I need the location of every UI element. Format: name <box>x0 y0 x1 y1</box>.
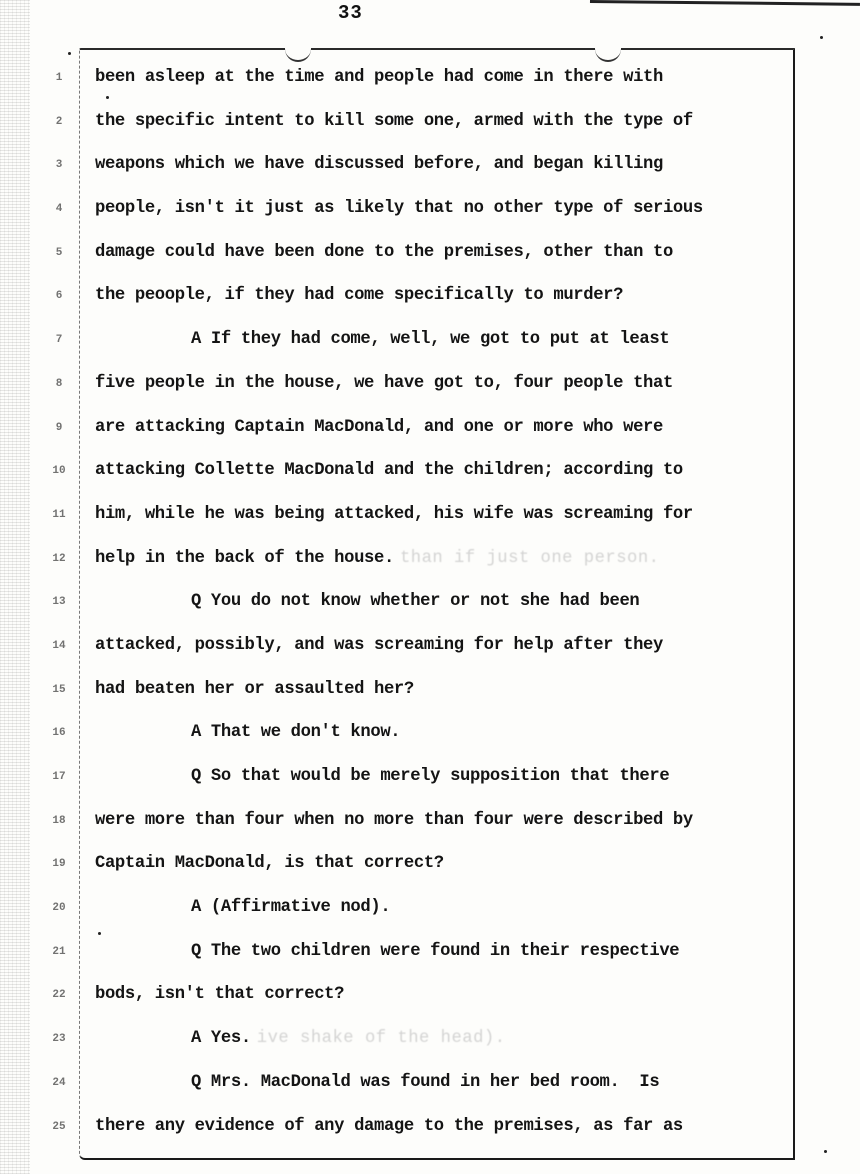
transcript-line-text: Q The two children were found in their r… <box>191 942 679 961</box>
transcript-line-text: help in the back of the house. <box>95 549 394 568</box>
transcript-line: there any evidence of any damage to the … <box>95 1115 795 1159</box>
line-number: 23 <box>52 1029 66 1073</box>
line-number: 7 <box>52 330 66 374</box>
transcript-line: Captain MacDonald, is that correct? <box>95 852 795 896</box>
top-rule-line <box>590 0 860 6</box>
transcript-line: A Yes.ive shake of the head). <box>95 1027 795 1071</box>
line-number: 25 <box>52 1117 66 1161</box>
transcript-line: weapons which we have discussed before, … <box>95 153 795 197</box>
line-number: 22 <box>52 985 66 1029</box>
line-number: 3 <box>52 155 66 199</box>
transcript-line-text: Q So that would be merely supposition th… <box>191 767 669 786</box>
line-number-column: 1234567891011121314151617181920212223242… <box>52 68 66 1160</box>
transcript-line-text: been asleep at the time and people had c… <box>95 68 663 87</box>
line-number: 2 <box>52 112 66 156</box>
transcript-line: damage could have been done to the premi… <box>95 241 795 285</box>
transcript-line-text: attacked, possibly, and was screaming fo… <box>95 636 663 655</box>
transcript-line: people, isn't it just as likely that no … <box>95 197 795 241</box>
transcript-line: the specific intent to kill some one, ar… <box>95 110 795 154</box>
transcript-line: attacking Collette MacDonald and the chi… <box>95 459 795 503</box>
transcript-line: A If they had come, well, we got to put … <box>95 328 795 372</box>
scan-speck <box>820 36 823 39</box>
transcript-line-text: attacking Collette MacDonald and the chi… <box>95 461 683 480</box>
scan-speck <box>106 96 109 99</box>
transcript-line-text: Q You do not know whether or not she had… <box>191 592 639 611</box>
line-number: 11 <box>52 505 66 549</box>
transcript-line: bods, isn't that correct? <box>95 983 795 1027</box>
scan-speck <box>824 1150 827 1153</box>
transcript-line: five people in the house, we have got to… <box>95 372 795 416</box>
line-number: 5 <box>52 243 66 287</box>
transcript-line: Q You do not know whether or not she had… <box>95 590 795 634</box>
transcript-line: A That we don't know. <box>95 721 795 765</box>
line-number: 14 <box>52 636 66 680</box>
transcript-line-text: A That we don't know. <box>191 723 400 742</box>
transcript-line: had beaten her or assaulted her? <box>95 678 795 722</box>
transcript-line-text: A If they had come, well, we got to put … <box>191 330 669 349</box>
transcript-body: been asleep at the time and people had c… <box>95 66 795 1158</box>
line-number: 12 <box>52 549 66 593</box>
transcript-line-text: bods, isn't that correct? <box>95 985 344 1004</box>
transcript-line: A (Affirmative nod). <box>95 896 795 940</box>
line-number: 21 <box>52 942 66 986</box>
line-number: 13 <box>52 592 66 636</box>
transcript-line: him, while he was being attacked, his wi… <box>95 503 795 547</box>
scan-edge-artifact <box>0 0 30 1174</box>
transcript-line-text: damage could have been done to the premi… <box>95 243 673 262</box>
transcript-line: Q Mrs. MacDonald was found in her bed ro… <box>95 1071 795 1115</box>
transcript-line-text: weapons which we have discussed before, … <box>95 155 663 174</box>
line-number: 24 <box>52 1073 66 1117</box>
transcript-line-text: Q Mrs. MacDonald was found in her bed ro… <box>191 1073 659 1092</box>
scan-speck <box>68 52 71 55</box>
transcript-line-text: had beaten her or assaulted her? <box>95 680 414 699</box>
line-number: 8 <box>52 374 66 418</box>
transcript-line: help in the back of the house.than if ju… <box>95 547 795 591</box>
transcript-line-text: people, isn't it just as likely that no … <box>95 199 703 218</box>
transcript-line-text: A (Affirmative nod). <box>191 898 390 917</box>
line-number: 16 <box>52 723 66 767</box>
binding-notch <box>285 48 311 62</box>
binding-notch <box>595 48 621 62</box>
line-number: 15 <box>52 680 66 724</box>
transcript-line-text: the specific intent to kill some one, ar… <box>95 112 693 131</box>
transcript-line: Q The two children were found in their r… <box>95 940 795 984</box>
transcript-line: been asleep at the time and people had c… <box>95 66 795 110</box>
transcript-line: attacked, possibly, and was screaming fo… <box>95 634 795 678</box>
transcript-line-text: five people in the house, we have got to… <box>95 374 673 393</box>
line-number: 6 <box>52 286 66 330</box>
transcript-line: were more than four when no more than fo… <box>95 809 795 853</box>
bleed-through-text: ive shake of the head). <box>257 1029 506 1048</box>
transcript-line-text: were more than four when no more than fo… <box>95 811 693 830</box>
line-number: 9 <box>52 418 66 462</box>
transcript-line: are attacking Captain MacDonald, and one… <box>95 416 795 460</box>
line-number: 18 <box>52 811 66 855</box>
transcript-line-text: there any evidence of any damage to the … <box>95 1117 683 1136</box>
transcript-line-text: are attacking Captain MacDonald, and one… <box>95 418 663 437</box>
scan-speck <box>98 932 101 935</box>
line-number: 19 <box>52 854 66 898</box>
page-number: 33 <box>338 2 363 24</box>
transcript-line-text: Captain MacDonald, is that correct? <box>95 854 444 873</box>
transcript-line-text: the peoople, if they had come specifical… <box>95 286 623 305</box>
line-number: 1 <box>52 68 66 112</box>
bleed-through-text: than if just one person. <box>400 549 660 568</box>
line-number: 10 <box>52 461 66 505</box>
transcript-line-text: him, while he was being attacked, his wi… <box>95 505 693 524</box>
line-number: 20 <box>52 898 66 942</box>
transcript-line: the peoople, if they had come specifical… <box>95 284 795 328</box>
line-number: 17 <box>52 767 66 811</box>
transcript-line: Q So that would be merely supposition th… <box>95 765 795 809</box>
line-number: 4 <box>52 199 66 243</box>
transcript-line-text: A Yes. <box>191 1029 251 1048</box>
